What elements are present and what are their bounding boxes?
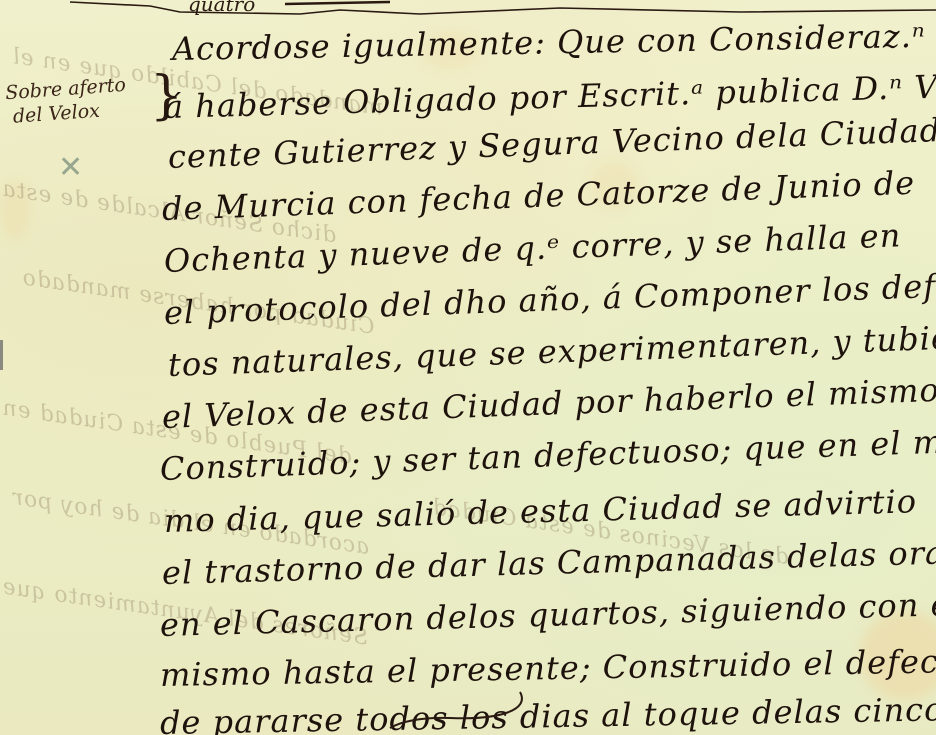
body-line: Acordose igualmente: Que con Consideraz.… — [172, 17, 926, 68]
body-line: de Murcia con fecha de Catorze de Junio … — [161, 164, 915, 228]
ink-flourish — [380, 690, 540, 730]
top-rule-line — [0, 0, 936, 20]
body-line: de pararse todos los dias al toque delas… — [160, 690, 936, 735]
header-fragment: quatro — [188, 0, 255, 16]
margin-note: Sobre aferto del Velox — [5, 71, 158, 129]
body-line: en el Cascaron delos quartos, siguiendo … — [160, 585, 936, 644]
left-edge-mark — [0, 340, 3, 370]
manuscript-page: mandado del Cabildo que en el dicho Seño… — [0, 0, 936, 735]
cross-mark: ✕ — [58, 150, 83, 185]
body-line: mismo hasta el presente; Construido el d… — [160, 642, 936, 694]
